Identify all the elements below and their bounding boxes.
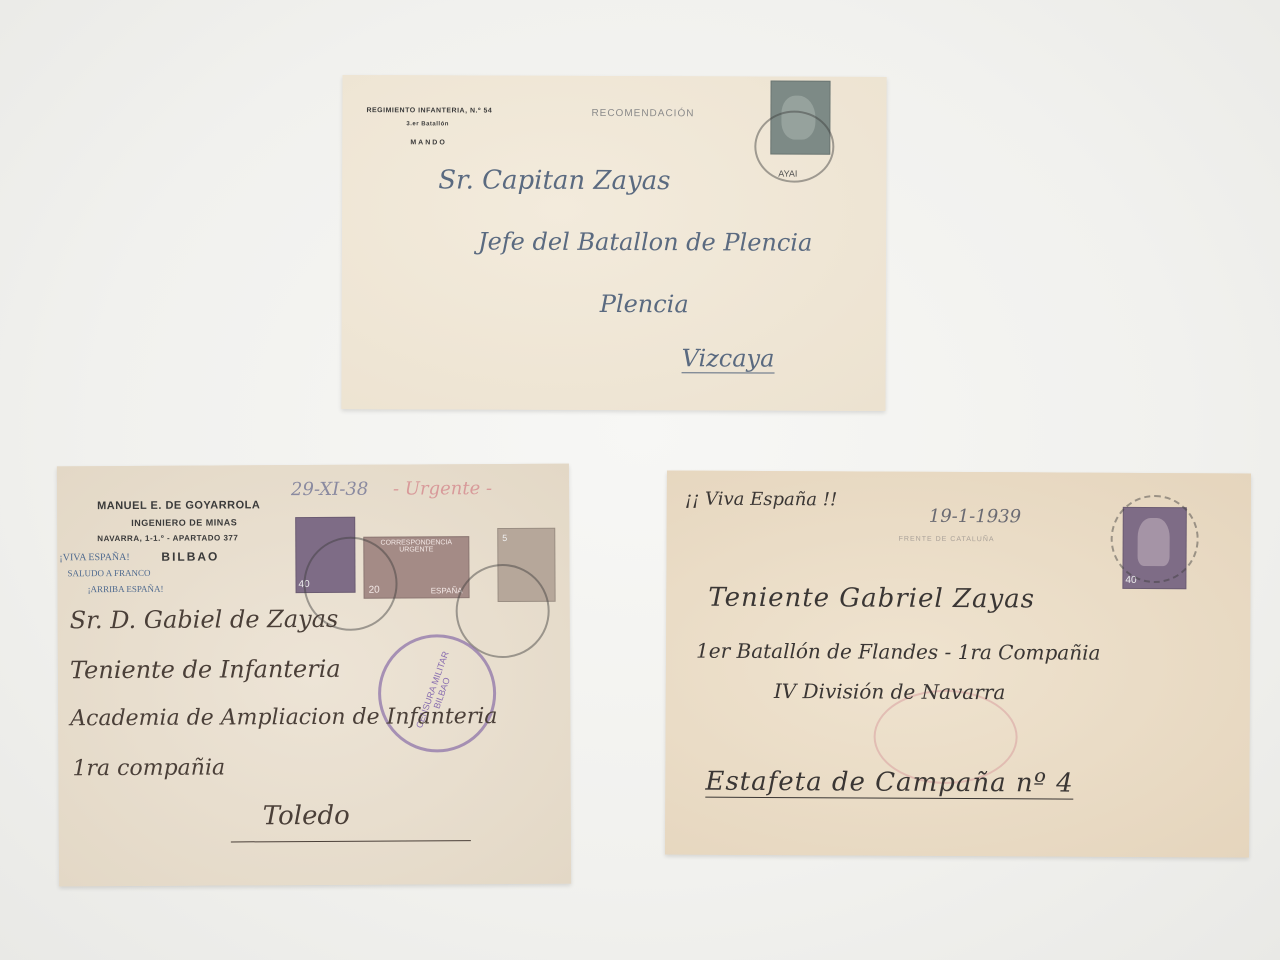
date-note: 19-1-1939 [929,506,1021,527]
censura-militar-stamp: CENSURA MILITAR BILBAO [378,634,497,753]
address-line-2: Jefe del Batallon de Plencia [478,228,812,257]
address-line-4: Estafeta de Campaña nº 4 [705,767,1073,800]
letterhead-line3: MANDO [410,139,446,146]
front-note: FRENTE DE CATALUÑA [899,536,995,544]
slogan-3: ¡ARRIBA ESPAÑA! [88,584,164,594]
address-line-2: Teniente de Infanteria [70,655,341,684]
date-note: 29-XI-38 [291,479,368,500]
address-line-1: Sr. Capitan Zayas [438,165,670,196]
postmark [1110,495,1198,583]
address-line-3: Plencia [600,290,689,318]
greeting: ¡¡ Viva España !! [685,489,838,511]
letterhead-line2: 3.er Batallón [406,121,449,127]
slogan-1: ¡VIVA ESPAÑA! [59,552,129,563]
slogan-2: SALUDO A FRANCO [67,568,150,578]
letterhead-line1: REGIMIENTO INFANTERIA, N.º 54 [366,107,492,114]
envelope-zayas: ¡¡ Viva España !! 19-1-1939 FRENTE DE CA… [665,470,1251,857]
postmark: AYAI [754,110,834,182]
address-line-1: Sr. D. Gabiel de Zayas [70,605,339,634]
letterhead-city: BILBAO [161,549,219,563]
letterhead-name: MANUEL E. DE GOYARROLA [97,499,260,512]
address-line-3: Academia de Ampliacion de Infanteria [70,704,497,731]
address-line-2: 1er Batallón de Flandes - 1ra Compañia [696,639,1101,665]
envelope-regimiento: REGIMIENTO INFANTERIA, N.º 54 3.er Batal… [341,75,886,411]
letterhead-address: NAVARRA, 1-1.º - APARTADO 377 [97,533,238,543]
envelope-goyarrola: MANUEL E. DE GOYARROLA INGENIERO DE MINA… [57,464,571,887]
toledo-underline [231,840,471,842]
address-line-4: Vizcaya [682,344,775,373]
letterhead-profession: INGENIERO DE MINAS [131,517,237,528]
address-line-3: IV División de Navarra [774,679,1006,704]
address-line-1: Teniente Gabriel Zayas [708,583,1035,615]
recomendacion-mark: RECOMENDACIÓN [591,108,694,119]
address-line-5: Toledo [263,801,410,832]
urgent-note: - Urgente - [393,478,492,500]
address-line-4: 1ra compañia [72,755,225,781]
